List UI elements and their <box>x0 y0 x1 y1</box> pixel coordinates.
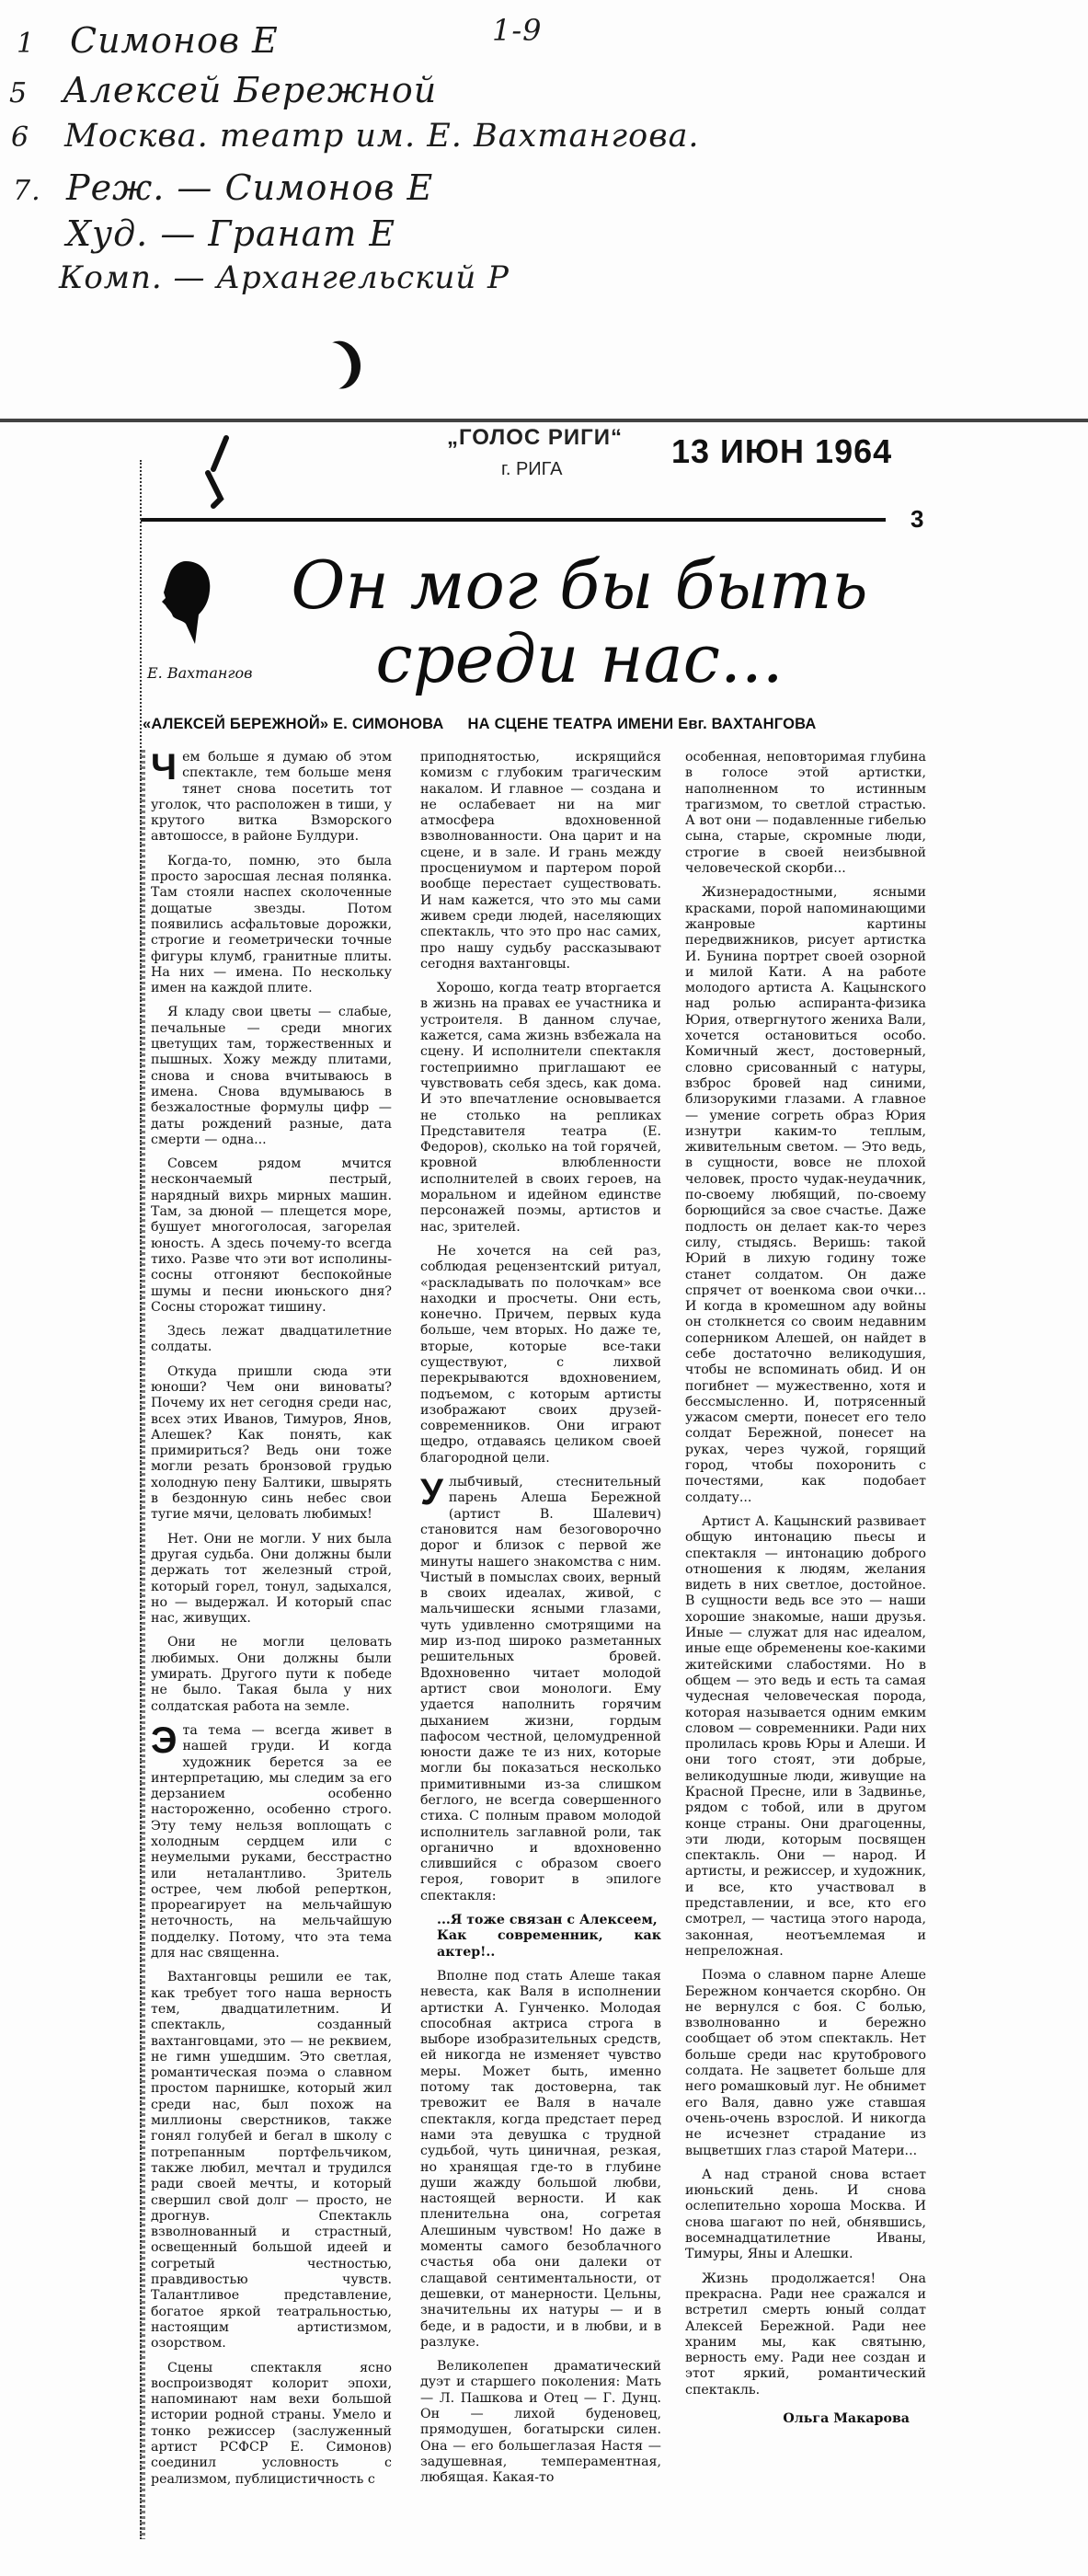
paragraph: Вполне под стать Алеше такая невеста, ка… <box>420 1969 661 2351</box>
paragraph: А над страной снова встает июньский день… <box>685 2168 926 2263</box>
paragraph: Здесь лежат двадцатилетние солдаты. <box>151 1324 392 1356</box>
paragraph: Улыбчивый, стеснительный парень Алеша Бе… <box>420 1475 661 1904</box>
article-headline: Он мог бы быть среди нас... <box>230 548 929 696</box>
date-stamp: 13 ИЮН 1964 <box>671 432 892 471</box>
margin-number-mark <box>197 434 234 517</box>
headline-line-1: Он мог бы быть <box>230 548 929 622</box>
handwritten-note-line-2: 5Алексей Бережной <box>9 70 437 110</box>
paragraph: Эта тема — всегда живет в нашей груди. И… <box>151 1723 392 1961</box>
article-column-1: Чем больше я думаю об этом спектакле, те… <box>151 750 392 2496</box>
dropcap: Э <box>151 1725 177 1756</box>
subtitle-theatre: НА СЦЕНЕ ТЕАТРА ИМЕНИ Евг. ВАХТАНГОВА <box>468 716 817 732</box>
paragraph: Совсем рядом мчится нескончаемый пестрый… <box>151 1156 392 1316</box>
handwritten-note-line-1: 1Симонов Е <box>17 20 279 61</box>
paragraph: Сцены спектакля ясно воспроизводят колор… <box>151 2361 392 2488</box>
paragraph: особенная, неповторимая глубина в голосе… <box>685 750 926 877</box>
paragraph: Они не могли целовать любимых. Они должн… <box>151 1635 392 1714</box>
paragraph: Вахтанговцы решили ее так, как требует т… <box>151 1970 392 2352</box>
verse-line: Как современник, как актер!.. <box>437 1928 661 1961</box>
subtitle-play-author: «АЛЕКСЕЙ БЕРЕЖНОЙ» Е. СИМОНОВА <box>143 716 444 732</box>
handwritten-note-line-4: 7.Реж. — Симонов Е <box>13 167 433 208</box>
article-author: Ольга Макарова <box>685 2411 926 2427</box>
page-number: 3 <box>910 505 923 534</box>
newspaper-city-stamp: г. РИГА <box>501 459 563 480</box>
newspaper-name-stamp: „ГОЛОС РИГИ“ <box>447 425 623 451</box>
paragraph: Откуда пришли сюда эти юноши? Чем они ви… <box>151 1364 392 1524</box>
clipping-wavy-edge <box>140 750 145 2539</box>
paragraph: приподнятостью, искрящийся комизм с глуб… <box>420 750 661 972</box>
paragraph: Хорошо, когда театр вторгается в жизнь н… <box>420 981 661 1236</box>
handwritten-note-line-6: Комп. — Архангельский Р <box>59 259 510 296</box>
paragraph: Я кладу свои цветы — слабые, печальные —… <box>151 1005 392 1148</box>
paragraph: Когда-то, помню, это была просто заросша… <box>151 854 392 997</box>
article-subtitle: «АЛЕКСЕЙ БЕРЕЖНОЙ» Е. СИМОНОВАНА СЦЕНЕ Т… <box>143 716 933 733</box>
paragraph: Не хочется на сей раз, соблюдая рецензен… <box>420 1244 661 1466</box>
verse-quote: ...Я тоже связан с Алексеем, Как совреме… <box>420 1913 661 1961</box>
article-column-2: приподнятостью, искрящийся комизм с глуб… <box>420 750 661 2494</box>
headline-line-2: среди нас... <box>230 622 929 696</box>
header-rule <box>141 518 886 522</box>
paragraph: Жизнь продолжается! Она прекрасна. Ради … <box>685 2271 926 2398</box>
ink-crescent-mark <box>308 339 355 393</box>
verse-line: ...Я тоже связан с Алексеем, <box>437 1913 661 1928</box>
paragraph: Артист А. Кацынский развивает общую инто… <box>685 1514 926 1960</box>
paragraph: Жизнерадостными, ясными красками, порой … <box>685 885 926 1506</box>
paragraph: Нет. Они не могли. У них была другая суд… <box>151 1532 392 1627</box>
handwritten-note-line-5: Худ. — Гранат Е <box>66 213 395 254</box>
paragraph: Чем больше я думаю об этом спектакле, те… <box>151 750 392 845</box>
dropcap: У <box>420 1477 443 1508</box>
dropcap: Ч <box>151 752 177 783</box>
handwritten-corner-note: 1-9 <box>492 13 543 48</box>
clipping-top-edge <box>0 419 1088 422</box>
paragraph: Поэма о славном парне Алеше Бережном кон… <box>685 1968 926 2159</box>
article-column-3: особенная, неповторимая глубина в голосе… <box>685 750 926 2427</box>
portrait-silhouette-icon <box>158 559 213 647</box>
handwritten-note-line-3: 6Москва. театр им. Е. Вахтангова. <box>11 118 700 155</box>
paragraph: Великолепен драматический дуэт и старшег… <box>420 2359 661 2486</box>
